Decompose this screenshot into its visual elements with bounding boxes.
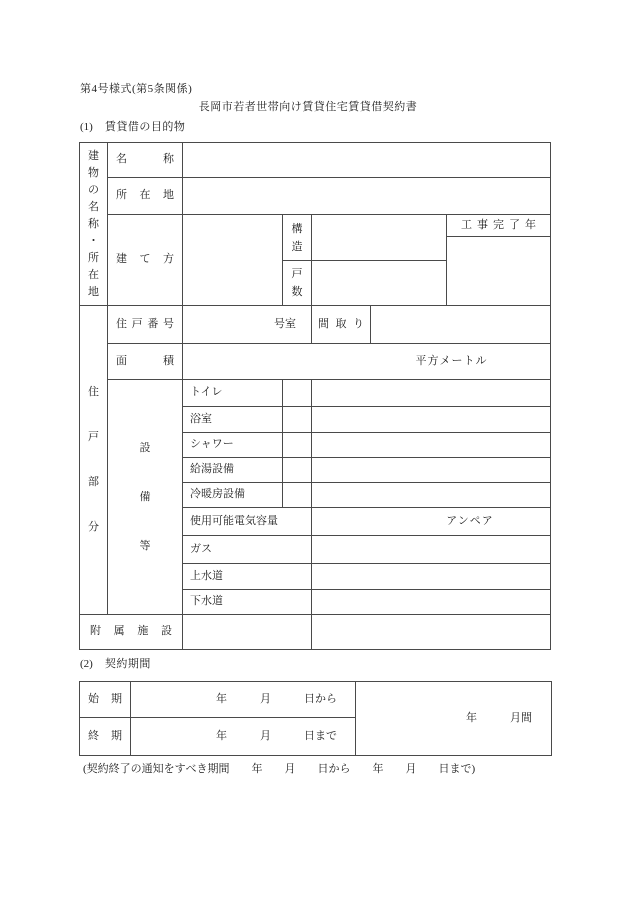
electric-capacity-label: 使用可能電気容量 — [183, 508, 312, 536]
equipment-shower-check-cell — [283, 433, 312, 458]
start-period-label: 始期 — [80, 682, 131, 718]
property-table: 建 物 の 名 称 ・ 所 在 地 名称 所在地 建て方 構 造 工事完了年 戸… — [79, 142, 551, 650]
name-value-cell — [183, 143, 551, 178]
equipment-toilet-value-cell — [312, 380, 551, 407]
form-number: 第4号様式(第5条関係) — [80, 82, 192, 96]
utility-gas-label: ガス — [183, 536, 312, 564]
section-2-heading: (2)契約期間 — [80, 657, 151, 671]
layout-value-cell — [371, 306, 551, 344]
section-2-label: 契約期間 — [105, 657, 151, 671]
equipment-hvac-value-cell — [312, 483, 551, 508]
equipment-item-hvac-label: 冷暖房設備 — [183, 483, 283, 508]
utility-gas-value-cell — [312, 536, 551, 564]
equipment-bath-value-cell — [312, 407, 551, 433]
build-type-label: 建て方 — [108, 215, 183, 306]
annex-label: 附属施設 — [80, 615, 183, 650]
section-1-heading: (1)賃貸借の目的物 — [80, 120, 185, 134]
equipment-hot-water-check-cell — [283, 458, 312, 483]
equipment-item-hot-water-label: 給湯設備 — [183, 458, 283, 483]
utility-sewerage-value-cell — [312, 590, 551, 615]
structure-label: 構 造 — [283, 215, 312, 261]
termination-notice-note: (契約終了の通知をすべき期間 年 月 日から 年 月 日まで) — [83, 762, 475, 776]
equipment-group-label: 設 備 等 — [108, 380, 183, 615]
start-period-value-cell: 年 月 日から — [131, 682, 356, 718]
equipment-item-shower-label: シャワー — [183, 433, 283, 458]
section-1-number: (1) — [80, 120, 93, 134]
equipment-hvac-check-cell — [283, 483, 312, 508]
build-type-value-cell — [183, 215, 283, 306]
annex-value-cell-left — [183, 615, 312, 650]
end-period-value-cell: 年 月 日まで — [131, 718, 356, 756]
completion-year-value-cell — [447, 237, 551, 306]
equipment-item-bath-label: 浴室 — [183, 407, 283, 433]
duration-value-cell: 年 月間 — [356, 682, 552, 756]
equipment-item-toilet-label: トイレ — [183, 380, 283, 407]
electric-capacity-unit-cell: アンペア — [312, 508, 551, 536]
document-title: 長岡市若者世帯向け賃貸住宅賃貸借契約書 — [0, 100, 616, 114]
section-1-label: 賃貸借の目的物 — [105, 120, 186, 134]
layout-label: 間取り — [312, 306, 371, 344]
annex-value-cell-right — [312, 615, 551, 650]
completion-year-label: 工事完了年 — [447, 215, 551, 237]
equipment-bath-check-cell — [283, 407, 312, 433]
building-group-label: 建 物 の 名 称 ・ 所 在 地 — [80, 143, 108, 306]
document-page: 第4号様式(第5条関係) 長岡市若者世帯向け賃貸住宅賃貸借契約書 (1)賃貸借の… — [0, 0, 630, 903]
area-label: 面積 — [108, 344, 183, 380]
unit-count-label: 戸 数 — [283, 261, 312, 306]
section-2-number: (2) — [80, 657, 93, 671]
equipment-hot-water-value-cell — [312, 458, 551, 483]
equipment-shower-value-cell — [312, 433, 551, 458]
equipment-toilet-check-cell — [283, 380, 312, 407]
unit-count-value-cell — [312, 261, 447, 306]
end-period-label: 終期 — [80, 718, 131, 756]
name-label: 名称 — [108, 143, 183, 178]
area-unit-cell: 平方メートル — [183, 344, 551, 380]
location-value-cell — [183, 178, 551, 215]
structure-value-cell — [312, 215, 447, 261]
unit-number-suffix-cell: 号室 — [183, 306, 312, 344]
utility-sewerage-label: 下水道 — [183, 590, 312, 615]
utility-water-supply-value-cell — [312, 564, 551, 590]
utility-water-supply-label: 上水道 — [183, 564, 312, 590]
contract-period-table: 始期 年 月 日から 年 月間 終期 年 月 日まで — [79, 681, 552, 756]
unit-group-label: 住 戸 部 分 — [80, 306, 108, 615]
location-label: 所在地 — [108, 178, 183, 215]
unit-number-label: 住戸番号 — [108, 306, 183, 344]
